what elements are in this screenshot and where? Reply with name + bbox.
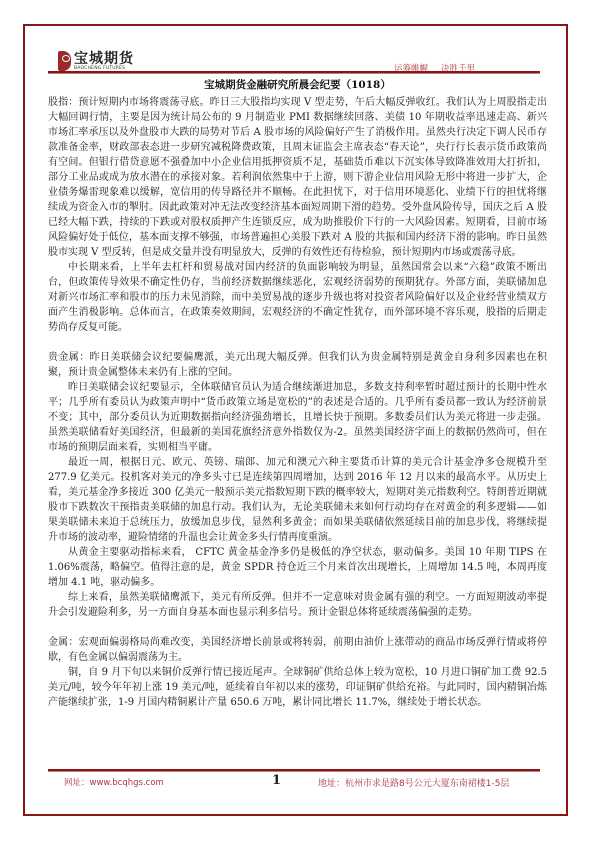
paragraph-stock-index-longterm: 中长期来看，上半年去杠杆和贸易战对国内经济的负面影响较为明显，虽然国常会以来“六… — [48, 260, 547, 335]
logo-chinese-name: 宝城期货 — [74, 52, 134, 66]
paragraph-copper: 铜，自 9 月下旬以来铜价反弹行情已接近尾声。全球铜矿供给总体上较为宽松，10 … — [48, 665, 547, 710]
document-body: 股指：预计短期内市场将震荡寻底。昨日三大股指均实现 V 型走势，午后大幅反弹收红… — [48, 95, 547, 710]
company-logo: 宝城期货 BAOCHENG FUTURES — [58, 47, 134, 71]
header-divider — [48, 71, 540, 74]
paragraph-usd-positions: 最近一周，根据日元、欧元、英镑、瑞郎、加元和澳元六种主要货币计算的美元合计基金净… — [48, 455, 547, 545]
page-number: 1 — [272, 773, 281, 788]
section-gap — [48, 620, 547, 635]
section-gap — [48, 335, 547, 350]
paragraph-stock-index-summary: 股指：预计短期内市场将震荡寻底。昨日三大股指均实现 V 型走势，午后大幅反弹收红… — [48, 95, 547, 260]
footer-divider — [48, 769, 540, 772]
paragraph-precious-metals-summary: 贵金属：昨日美联储会议纪要偏鹰派，美元出现大幅反弹。但我们认为贵金属特别是黄金自… — [48, 350, 547, 380]
paragraph-fed-minutes: 昨日美联储会议纪要显示，全体联储官员认为适合继续渐进加息，多数支持利率暂时超过预… — [48, 380, 547, 455]
paragraph-gold-drivers: 从黄金主要驱动指标来看， CFTC 黄金基金净多仍是极低的净空状态，驱动偏多。美… — [48, 545, 547, 590]
logo-b-icon — [58, 51, 71, 71]
paragraph-gold-conclusion: 综上来看，虽然美联储鹰派下，美元有所反弹。但并不一定意味对贵金属有强的利空。一方… — [48, 590, 547, 620]
footer-address: 地址：杭州市求是路8号公元大厦东南裙楼1-5层 — [318, 776, 509, 789]
document-title: 宝城期货金融研究所晨会纪要（1018） — [0, 77, 595, 92]
footer-website: 网址：www.bcqhgs.com — [64, 776, 164, 788]
paragraph-metals-summary: 金属：宏观面偏弱格局尚难改变，美国经济增长前景或将转弱，前期由油价上涨带动的商品… — [48, 635, 547, 665]
